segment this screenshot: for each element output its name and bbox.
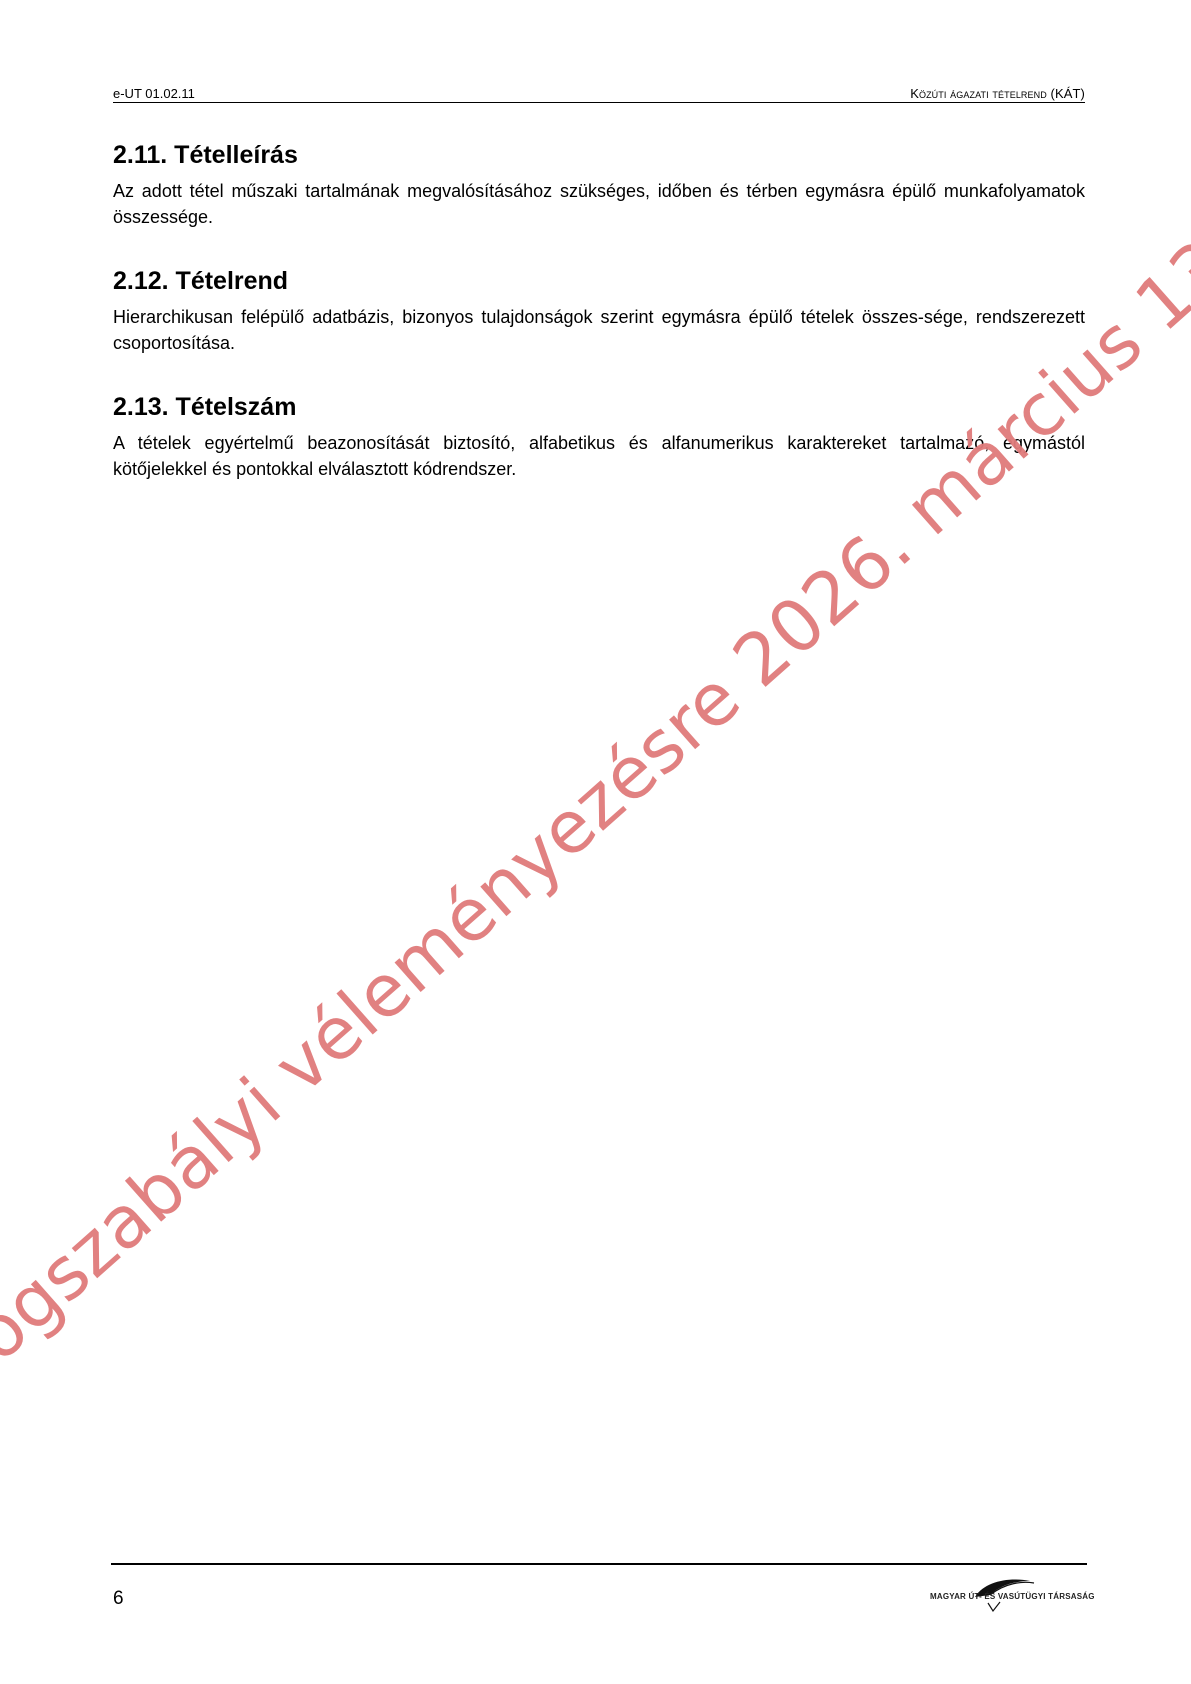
section-body: A tételek egyértelmű beazonosítását bizt… (113, 430, 1085, 482)
section-heading: 2.13. Tételszám (113, 390, 1085, 424)
section-2-12: 2.12. Tételrend Hierarchikusan felépülő … (113, 264, 1085, 356)
section-body: Hierarchikusan felépülő adatbázis, bizon… (113, 304, 1085, 356)
organization-logo: MAGYAR ÚT- ÉS VASÚTÜGYI TÁRSASÁG (930, 1575, 1090, 1615)
section-body: Az adott tétel műszaki tartalmának megva… (113, 178, 1085, 230)
page-content: 2.11. Tételleírás Az adott tétel műszaki… (113, 138, 1085, 516)
section-heading: 2.11. Tételleírás (113, 138, 1085, 172)
section-2-13: 2.13. Tételszám A tételek egyértelmű bea… (113, 390, 1085, 482)
footer-divider (111, 1563, 1087, 1565)
document-title: Közúti ágazati tételrend (KÁT) (910, 86, 1085, 101)
organization-name: MAGYAR ÚT- ÉS VASÚTÜGYI TÁRSASÁG (930, 1592, 1095, 1601)
page-number: 6 (113, 1588, 124, 1610)
page-header: e-UT 01.02.11 Közúti ágazati tételrend (… (113, 84, 1085, 103)
section-2-11: 2.11. Tételleírás Az adott tétel műszaki… (113, 138, 1085, 230)
section-heading: 2.12. Tételrend (113, 264, 1085, 298)
document-code: e-UT 01.02.11 (113, 86, 195, 101)
